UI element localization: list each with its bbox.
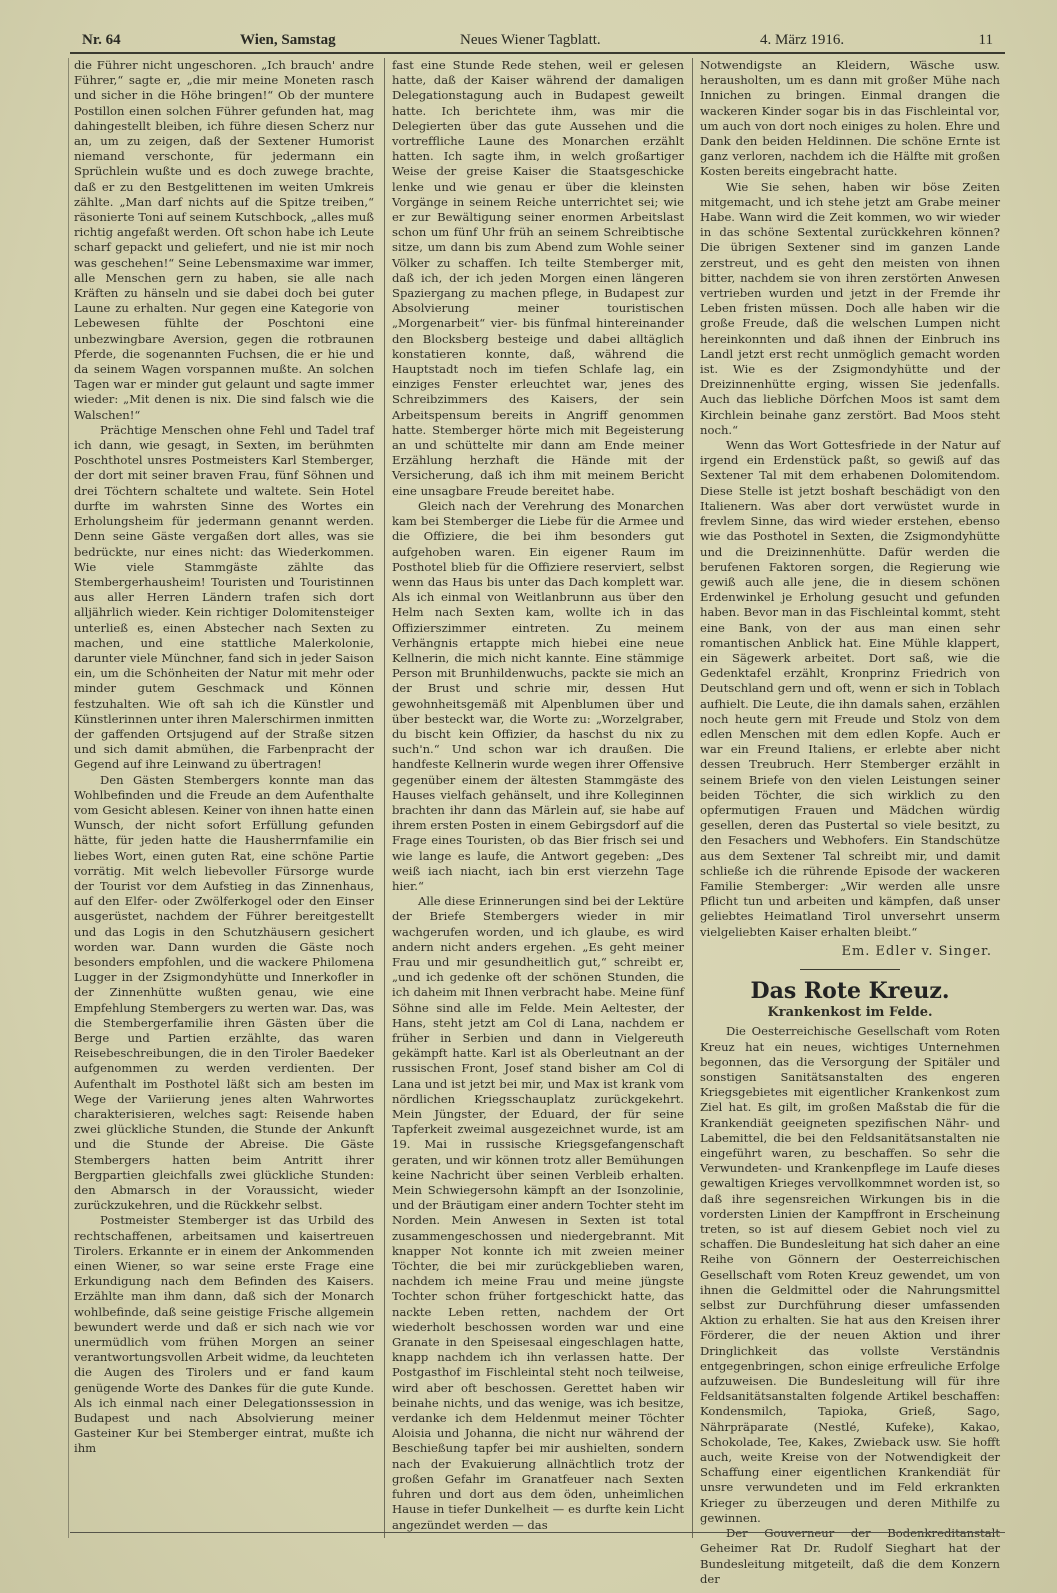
page-number: 11: [979, 32, 993, 49]
article-separator: [800, 969, 900, 970]
bottom-rule: [70, 1532, 1005, 1533]
article-headline: Das Rote Kreuz.: [700, 984, 1000, 999]
column-3: Notwendigste an Kleidern, Wäsche usw. he…: [700, 58, 1000, 1543]
paragraph: Alle diese Erinnerungen sind bei der Lek…: [392, 894, 684, 1533]
paragraph: Wenn das Wort Gottesfriede in der Natur …: [700, 438, 1000, 940]
paragraph: die Führer nicht ungeschoren. „Ich brauc…: [74, 58, 374, 423]
place-and-day: Wien, Samstag: [240, 32, 336, 49]
paragraph: Gleich nach der Verehrung des Monarchen …: [392, 499, 684, 894]
article-subheadline: Krankenkost im Felde.: [700, 1005, 1000, 1020]
author-signature: Em. Edler v. Singer.: [700, 944, 992, 959]
column-rule-2: [692, 58, 693, 1538]
paragraph: Notwendigste an Kleidern, Wäsche usw. he…: [700, 58, 1000, 180]
newspaper-title: Neues Wiener Tagblatt.: [460, 32, 601, 49]
column-1: die Führer nicht ungeschoren. „Ich brauc…: [74, 58, 374, 1543]
issue-number: Nr. 64: [82, 32, 121, 49]
paragraph: Wie Sie sehen, haben wir böse Zeiten mit…: [700, 180, 1000, 438]
paragraph: Prächtige Menschen ohne Fehl und Tadel t…: [74, 423, 374, 773]
paragraph: Postmeister Stemberger ist das Urbild de…: [74, 1213, 374, 1456]
paragraph: fast eine Stunde Rede stehen, weil er ge…: [392, 58, 684, 499]
issue-date: 4. März 1916.: [760, 32, 844, 49]
paragraph: Der Gouverneur der Bodenkreditanstalt Ge…: [700, 1526, 1000, 1587]
paragraph: Die Oesterreichische Gesellschaft vom Ro…: [700, 1024, 1000, 1526]
masthead: Nr. 64 Wien, Samstag Neues Wiener Tagbla…: [70, 30, 1005, 54]
column-rule-left: [68, 58, 69, 1538]
paragraph: Den Gästen Stembergers konnte man das Wo…: [74, 773, 374, 1214]
newspaper-page: Nr. 64 Wien, Samstag Neues Wiener Tagbla…: [0, 0, 1057, 1593]
column-2: fast eine Stunde Rede stehen, weil er ge…: [392, 58, 684, 1543]
column-rule-1: [384, 58, 385, 1538]
